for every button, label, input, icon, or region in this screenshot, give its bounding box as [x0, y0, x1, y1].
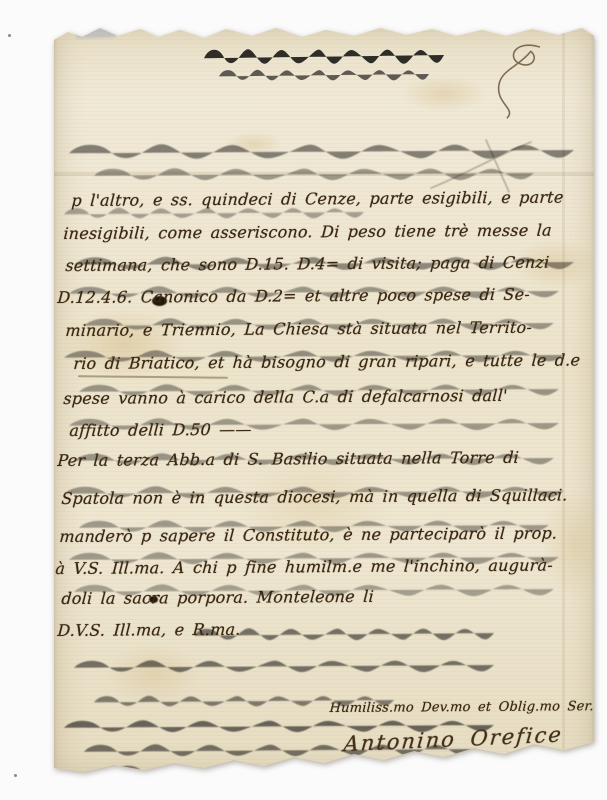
manuscript-line: D.12.4.6. Canonico da D.2= et altre poco…	[57, 286, 531, 308]
manuscript-line: p l'altro, e ss. quindeci di Cenze, part…	[71, 189, 564, 211]
manuscript-line: doli la sacra porpora. Monteleone li	[61, 588, 375, 609]
showthrough-line	[74, 656, 494, 674]
showthrough-address-line	[219, 66, 429, 82]
letter-page: p l'altro, e ss. quindeci di Cenze, part…	[54, 24, 594, 776]
manuscript-line: settimana, che sono D.15. D.4= di visita…	[65, 254, 550, 276]
archive-stamp	[76, 26, 116, 38]
manuscript-line: affitto delli D.50 ——	[69, 421, 252, 441]
underline-briatico	[78, 375, 228, 379]
scan-background: p l'altro, e ss. quindeci di Cenze, part…	[0, 0, 607, 800]
showthrough-line	[114, 762, 444, 776]
manuscript-line: rio di Briatico, et hà bisogno di gran r…	[73, 351, 581, 373]
paper-sheet: p l'altro, e ss. quindeci di Cenze, part…	[54, 24, 594, 776]
manuscript-line: D.V.S. Ill.ma, e R.ma.	[57, 621, 241, 641]
manuscript-line: à V.S. Ill.ma. A chi p fine humilm.e me …	[55, 557, 554, 579]
manuscript-line: manderò p sapere il Constituto, è ne par…	[59, 525, 558, 547]
showthrough-address-line	[204, 44, 444, 66]
dust-speck	[8, 34, 11, 37]
dust-speck	[14, 774, 17, 777]
showthrough-flourish	[486, 40, 550, 120]
manuscript-line: inesigibili, come asseriscono. Di peso t…	[63, 222, 553, 244]
manuscript-line: spese vanno à carico della C.a di defalc…	[63, 387, 508, 409]
manuscript-line: Per la terza Abb.a di S. Basilio situata…	[57, 449, 520, 471]
manuscript-line: Spatola non è in questa diocesi, mà in q…	[61, 486, 568, 508]
manuscript-line: minario, e Triennio, La Chiesa stà situa…	[65, 319, 533, 341]
showthrough-line	[69, 139, 574, 161]
showthrough-line	[94, 164, 534, 182]
valediction: Humiliss.mo Dev.mo et Oblig.mo Ser.re	[329, 700, 607, 717]
